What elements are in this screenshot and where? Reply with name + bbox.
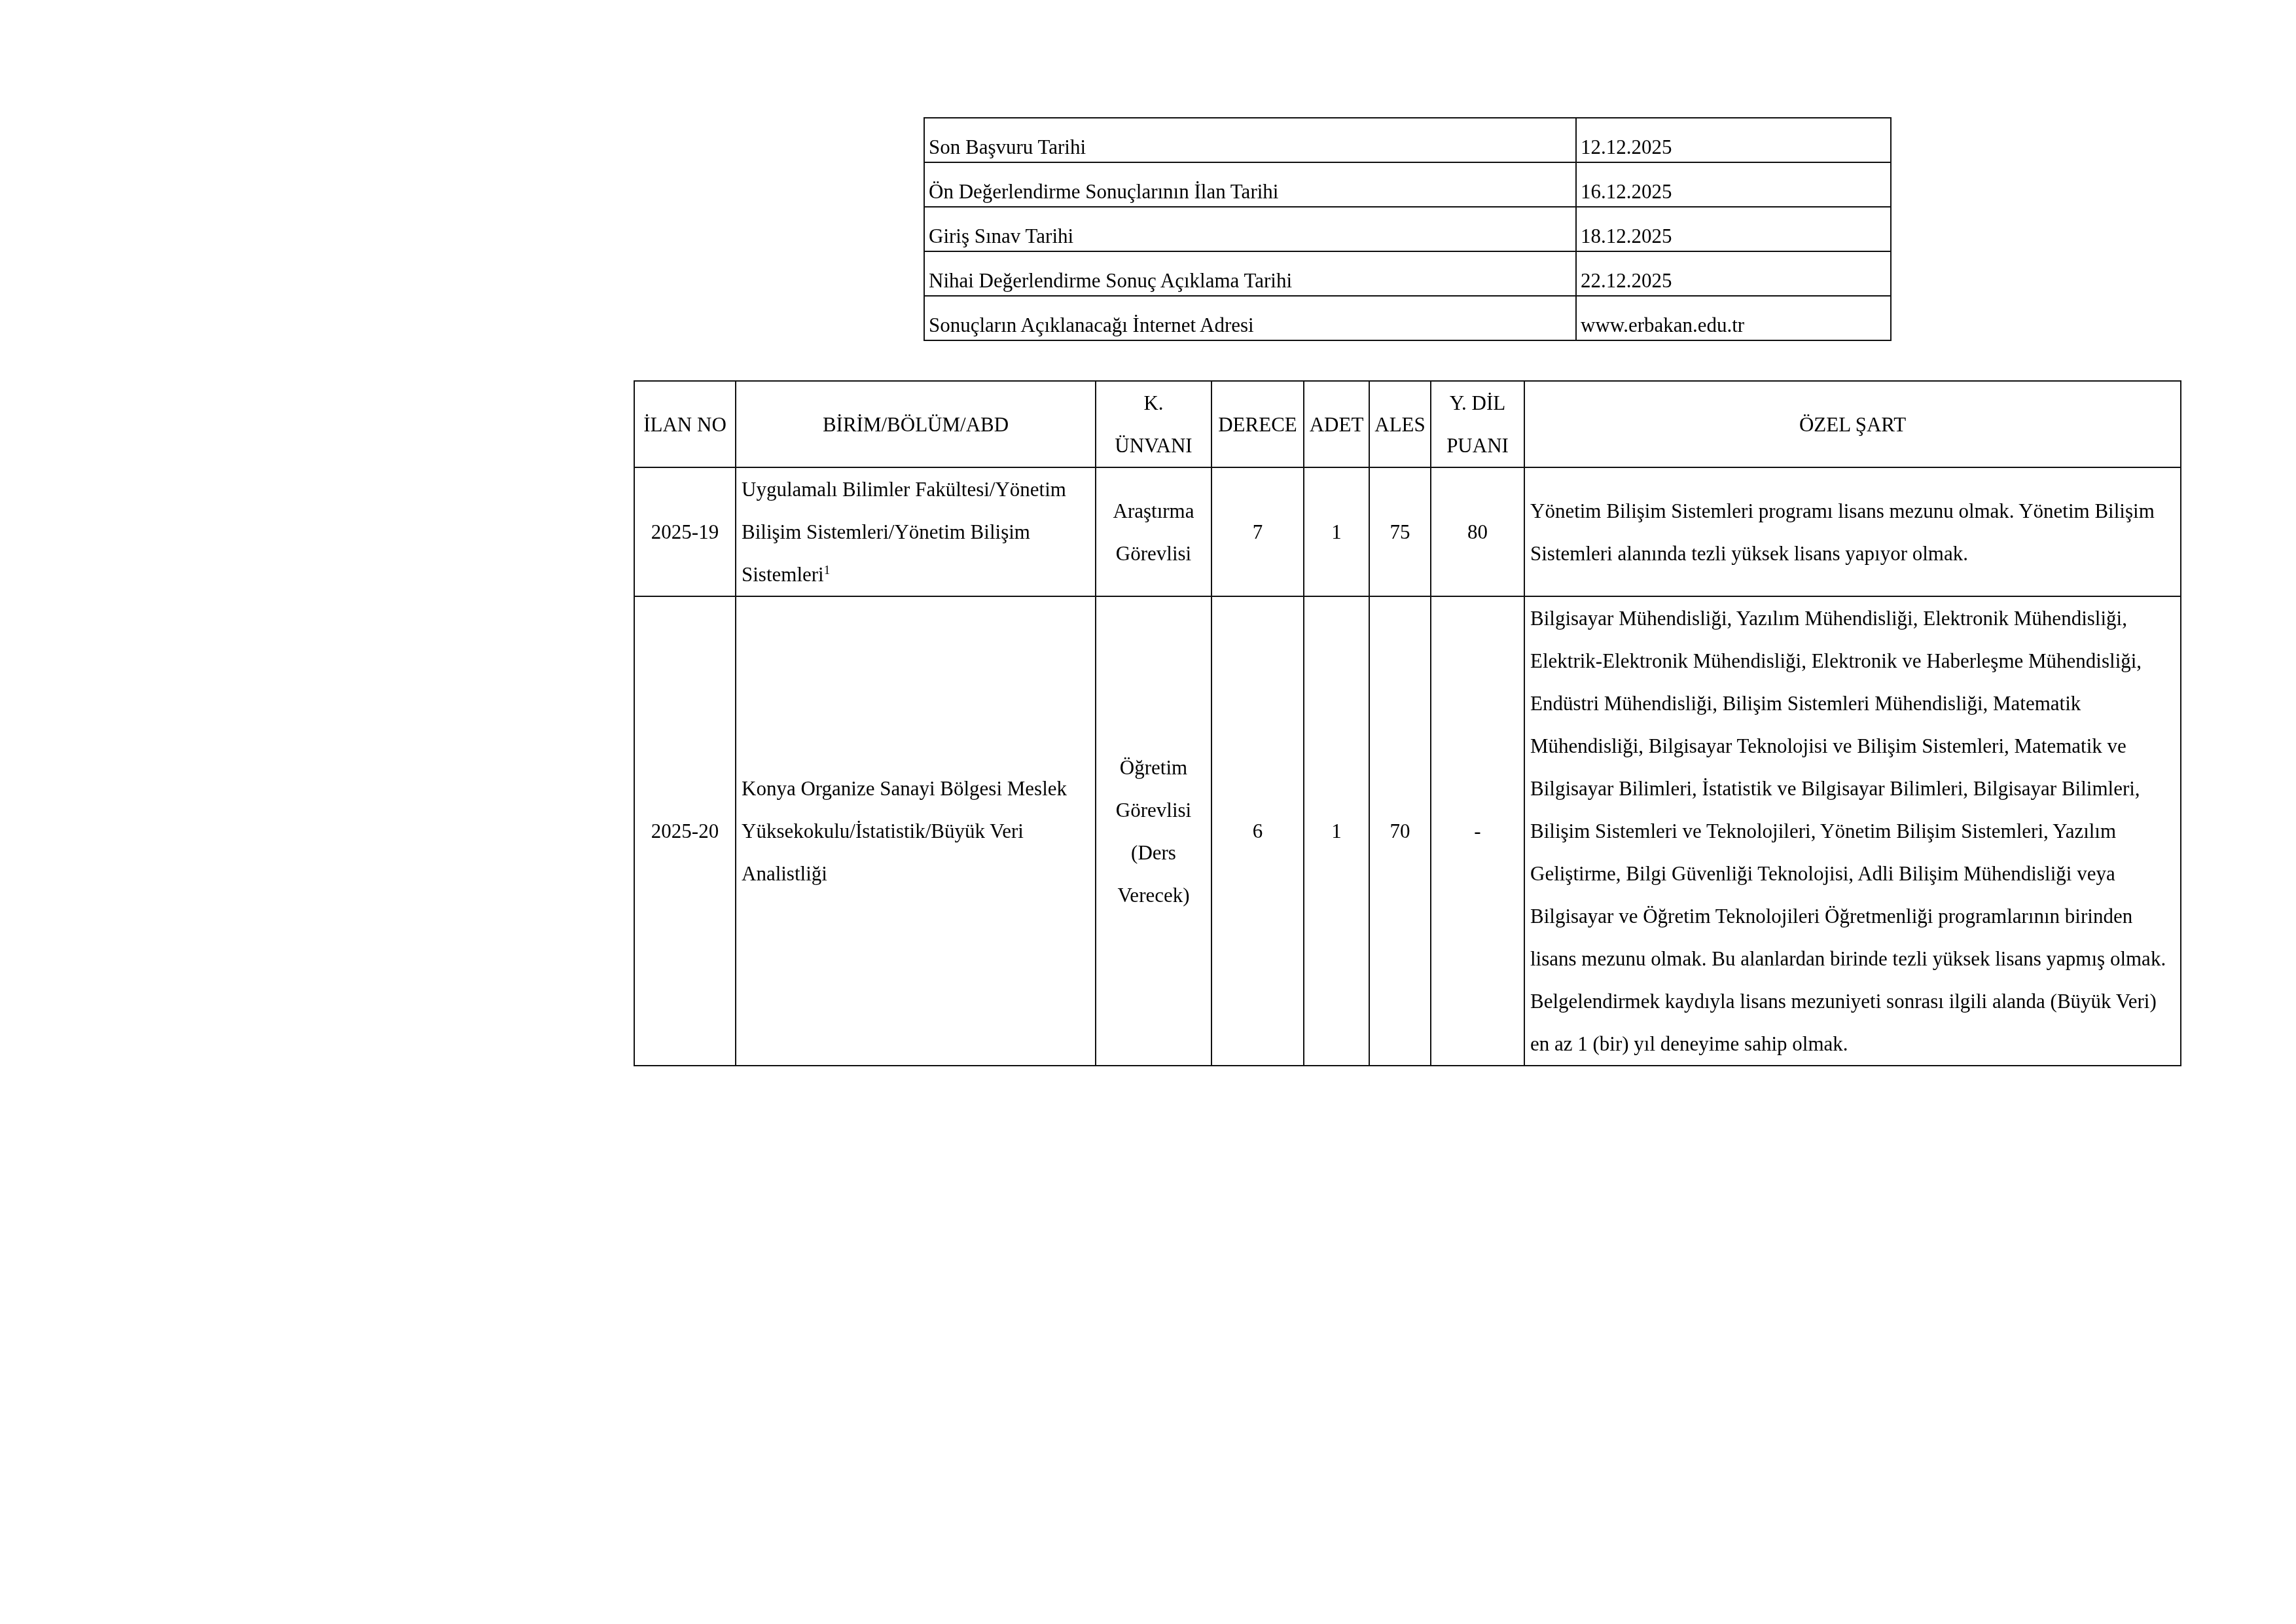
header-ydil-line1: Y. DİL <box>1431 382 1524 424</box>
cell-ales: 70 <box>1369 596 1431 1066</box>
cell-unvan-line: Araştırma <box>1096 490 1211 532</box>
cell-unvan-line: Görevlisi <box>1096 789 1211 831</box>
date-value: 22.12.2025 <box>1576 251 1891 296</box>
cell-unvan: Araştırma Görevlisi <box>1096 467 1211 596</box>
header-birim: BİRİM/BÖLÜM/ABD <box>736 381 1096 467</box>
table-row: 2025-20 Konya Organize Sanayi Bölgesi Me… <box>634 596 2181 1066</box>
date-value: 18.12.2025 <box>1576 207 1891 251</box>
date-value: 16.12.2025 <box>1576 162 1891 207</box>
cell-unvan: Öğretim Görevlisi (Ders Verecek) <box>1096 596 1211 1066</box>
date-label: Nihai Değerlendirme Sonuç Açıklama Tarih… <box>924 251 1576 296</box>
table-row: Son Başvuru Tarihi 12.12.2025 <box>924 118 1891 162</box>
date-value: 12.12.2025 <box>1576 118 1891 162</box>
cell-derece: 7 <box>1211 467 1304 596</box>
cell-birim: Uygulamalı Bilimler Fakültesi/Yönetim Bi… <box>736 467 1096 596</box>
cell-unvan-line: (Ders <box>1096 831 1211 874</box>
cell-birim: Konya Organize Sanayi Bölgesi Meslek Yük… <box>736 596 1096 1066</box>
table-header-row: İLAN NO BİRİM/BÖLÜM/ABD K. ÜNVANI DERECE… <box>634 381 2181 467</box>
header-ozel-sart: ÖZEL ŞART <box>1524 381 2181 467</box>
cell-derece: 6 <box>1211 596 1304 1066</box>
cell-ales: 75 <box>1369 467 1431 596</box>
website-link[interactable]: www.erbakan.edu.tr <box>1576 296 1891 340</box>
cell-ilan-no: 2025-20 <box>634 596 736 1066</box>
header-ydil-line2: PUANI <box>1431 424 1524 467</box>
cell-unvan-line: Görevlisi <box>1096 532 1211 575</box>
header-derece: DERECE <box>1211 381 1304 467</box>
cell-adet: 1 <box>1304 596 1369 1066</box>
dates-table: Son Başvuru Tarihi 12.12.2025 Ön Değerle… <box>924 117 1892 341</box>
cell-unvan-line: Öğretim <box>1096 746 1211 789</box>
header-unvan-line1: K. <box>1096 382 1211 424</box>
date-label: Son Başvuru Tarihi <box>924 118 1576 162</box>
cell-ydil: - <box>1431 596 1524 1066</box>
date-label: Sonuçların Açıklanacağı İnternet Adresi <box>924 296 1576 340</box>
ilan-table: İLAN NO BİRİM/BÖLÜM/ABD K. ÜNVANI DERECE… <box>634 380 2181 1066</box>
cell-ilan-no: 2025-19 <box>634 467 736 596</box>
table-row: Sonuçların Açıklanacağı İnternet Adresi … <box>924 296 1891 340</box>
cell-adet: 1 <box>1304 467 1369 596</box>
footnote-marker: 1 <box>824 564 831 577</box>
table-row: Nihai Değerlendirme Sonuç Açıklama Tarih… <box>924 251 1891 296</box>
header-unvan: K. ÜNVANI <box>1096 381 1211 467</box>
header-ilan-no: İLAN NO <box>634 381 736 467</box>
cell-ydil: 80 <box>1431 467 1524 596</box>
table-row: Giriş Sınav Tarihi 18.12.2025 <box>924 207 1891 251</box>
cell-ozel-sart: Yönetim Bilişim Sistemleri programı lisa… <box>1524 467 2181 596</box>
header-adet: ADET <box>1304 381 1369 467</box>
header-ales: ALES <box>1369 381 1431 467</box>
cell-unvan-line: Verecek) <box>1096 874 1211 916</box>
table-row: Ön Değerlendirme Sonuçlarının İlan Tarih… <box>924 162 1891 207</box>
header-unvan-line2: ÜNVANI <box>1096 424 1211 467</box>
date-label: Giriş Sınav Tarihi <box>924 207 1576 251</box>
cell-ozel-sart: Bilgisayar Mühendisliği, Yazılım Mühendi… <box>1524 596 2181 1066</box>
date-label: Ön Değerlendirme Sonuçlarının İlan Tarih… <box>924 162 1576 207</box>
cell-birim-text: Uygulamalı Bilimler Fakültesi/Yönetim Bi… <box>742 478 1066 586</box>
table-row: 2025-19 Uygulamalı Bilimler Fakültesi/Yö… <box>634 467 2181 596</box>
header-ydil: Y. DİL PUANI <box>1431 381 1524 467</box>
